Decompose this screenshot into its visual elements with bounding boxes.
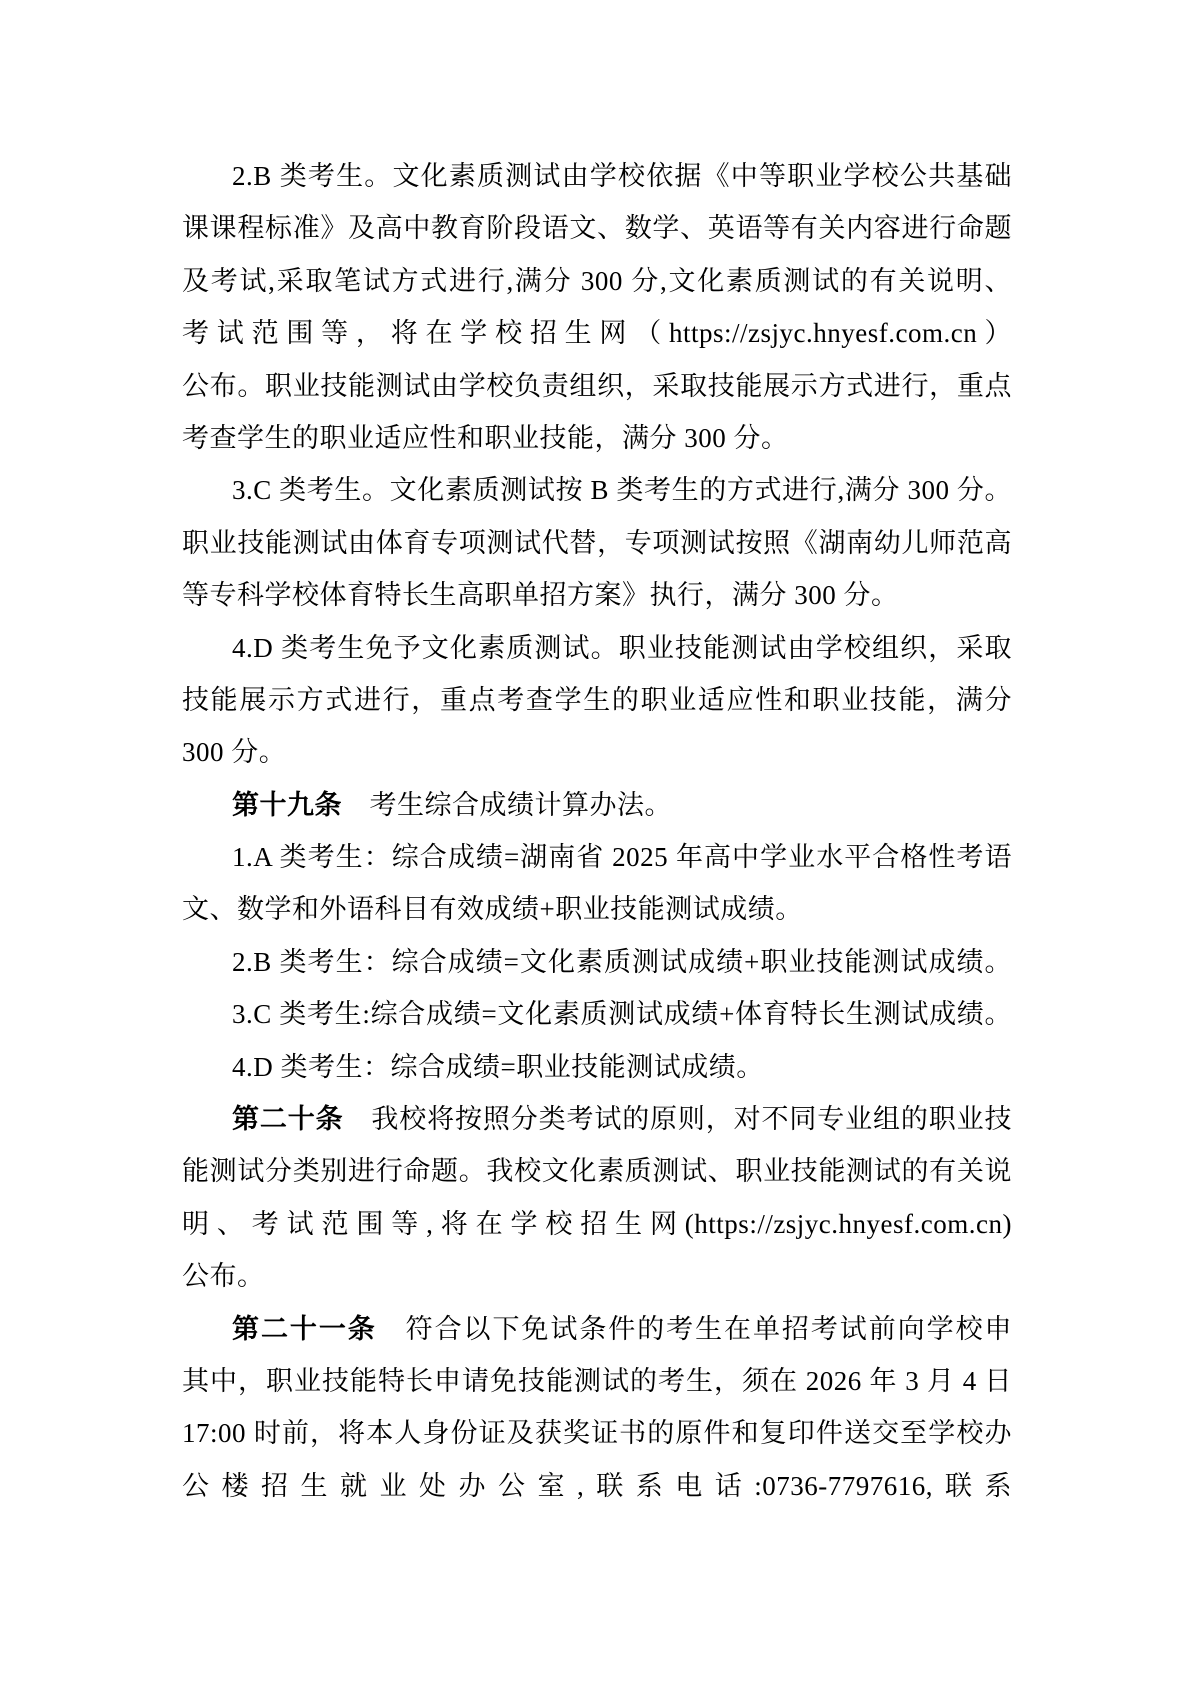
line-text: 考试范围等，将在学校招生网（https://zsjyc.hnyesf.com.c…: [182, 318, 1012, 348]
document-body: 2.B 类考生。文化素质测试由学校依据《中等职业学校公共基础 课课程标准》及高中…: [182, 150, 1012, 1512]
text-line: 公布。: [182, 1250, 1012, 1302]
article-heading-21: 第二十一条: [232, 1314, 377, 1344]
text-line: 1.A 类考生：综合成绩=湖南省 2025 年高中学业水平合格性考语: [182, 831, 1012, 883]
line-text: 2.B 类考生。文化素质测试由学校依据《中等职业学校公共基础: [232, 161, 1012, 191]
line-text: 公楼招生就业处办公室,联系电话:0736-7797616,联系 QQ:56843…: [182, 1471, 1012, 1512]
line-text: 4.D 类考生：综合成绩=职业技能测试成绩。: [232, 1052, 764, 1082]
text-line: 其中，职业技能特长申请免技能测试的考生，须在 2026 年 3 月 4 日: [182, 1355, 1012, 1407]
text-line: 能测试分类别进行命题。我校文化素质测试、职业技能测试的有关说: [182, 1145, 1012, 1197]
text-line: 2.B 类考生。文化素质测试由学校依据《中等职业学校公共基础: [182, 150, 1012, 202]
line-text: 其中，职业技能特长申请免技能测试的考生，须在 2026 年 3 月 4 日: [182, 1366, 1012, 1396]
line-text: 考生综合成绩计算办法。: [342, 790, 672, 820]
document-page: { "colors": { "background": "#ffffff", "…: [0, 0, 1191, 1684]
line-text: 考查学生的职业适应性和职业技能，满分 300 分。: [182, 423, 789, 453]
text-line: 公布。职业技能测试由学校负责组织，采取技能展示方式进行，重点: [182, 360, 1012, 412]
line-text: 等专科学校体育特长生高职单招方案》执行，满分 300 分。: [182, 580, 899, 610]
line-text: 课课程标准》及高中教育阶段语文、数学、英语等有关内容进行命题: [182, 213, 1012, 243]
line-text: 我校将按照分类考试的原则，对不同专业组的职业技: [343, 1104, 1012, 1134]
line-text: 能测试分类别进行命题。我校文化素质测试、职业技能测试的有关说: [182, 1156, 1012, 1186]
line-text: 及考试,采取笔试方式进行,满分 300 分,文化素质测试的有关说明、: [182, 266, 1012, 296]
text-line: 4.D 类考生免予文化素质测试。职业技能测试由学校组织，采取: [182, 622, 1012, 674]
line-text: 技能展示方式进行，重点考查学生的职业适应性和职业技能，满分: [182, 685, 1012, 715]
text-line: 17:00 时前，将本人身份证及获奖证书的原件和复印件送交至学校办: [182, 1407, 1012, 1459]
text-line: 职业技能测试由体育专项测试代替，专项测试按照《湖南幼儿师范高: [182, 517, 1012, 569]
text-line: 4.D 类考生：综合成绩=职业技能测试成绩。: [182, 1041, 1012, 1093]
article-heading-19: 第十九条: [232, 790, 342, 820]
article-heading-20: 第二十条: [232, 1104, 343, 1134]
text-line: 等专科学校体育特长生高职单招方案》执行，满分 300 分。: [182, 569, 1012, 621]
text-line: 第十九条 考生综合成绩计算办法。: [182, 779, 1012, 831]
text-line: 文、数学和外语科目有效成绩+职业技能测试成绩。: [182, 883, 1012, 935]
line-text: 4.D 类考生免予文化素质测试。职业技能测试由学校组织，采取: [232, 633, 1012, 663]
text-line: 2.B 类考生：综合成绩=文化素质测试成绩+职业技能测试成绩。: [182, 936, 1012, 988]
line-text: 2.B 类考生：综合成绩=文化素质测试成绩+职业技能测试成绩。: [232, 947, 1012, 977]
text-line: 3.C 类考生。文化素质测试按 B 类考生的方式进行,满分 300 分。: [182, 464, 1012, 516]
text-line: 300 分。: [182, 726, 1012, 778]
line-text: 明、考试范围等,将在学校招生网(https://zsjyc.hnyesf.com…: [182, 1209, 1012, 1239]
text-line: 3.C 类考生:综合成绩=文化素质测试成绩+体育特长生测试成绩。: [182, 988, 1012, 1040]
line-text: 文、数学和外语科目有效成绩+职业技能测试成绩。: [182, 894, 803, 924]
line-text: 300 分。: [182, 737, 286, 767]
line-text: 公布。职业技能测试由学校负责组织，采取技能展示方式进行，重点: [182, 371, 1012, 401]
text-line: 明、考试范围等,将在学校招生网(https://zsjyc.hnyesf.com…: [182, 1198, 1012, 1250]
line-text: 公布。: [182, 1261, 265, 1291]
text-line: 课课程标准》及高中教育阶段语文、数学、英语等有关内容进行命题: [182, 202, 1012, 254]
line-text: 3.C 类考生:综合成绩=文化素质测试成绩+体育特长生测试成绩。: [232, 999, 1012, 1029]
line-text: 17:00 时前，将本人身份证及获奖证书的原件和复印件送交至学校办: [182, 1418, 1012, 1448]
text-line: 考试范围等，将在学校招生网（https://zsjyc.hnyesf.com.c…: [182, 307, 1012, 359]
text-line: 第二十条 我校将按照分类考试的原则，对不同专业组的职业技: [182, 1093, 1012, 1145]
line-text: 1.A 类考生：综合成绩=湖南省 2025 年高中学业水平合格性考语: [232, 842, 1012, 872]
text-line: 第二十一条 符合以下免试条件的考生在单招考试前向学校申请。: [182, 1303, 1012, 1355]
line-text: 3.C 类考生。文化素质测试按 B 类考生的方式进行,满分 300 分。: [232, 475, 1012, 505]
text-line: 公楼招生就业处办公室,联系电话:0736-7797616,联系 QQ:56843…: [182, 1460, 1012, 1512]
text-line: 考查学生的职业适应性和职业技能，满分 300 分。: [182, 412, 1012, 464]
line-text: 职业技能测试由体育专项测试代替，专项测试按照《湖南幼儿师范高: [182, 528, 1012, 558]
text-line: 技能展示方式进行，重点考查学生的职业适应性和职业技能，满分: [182, 674, 1012, 726]
text-line: 及考试,采取笔试方式进行,满分 300 分,文化素质测试的有关说明、: [182, 255, 1012, 307]
